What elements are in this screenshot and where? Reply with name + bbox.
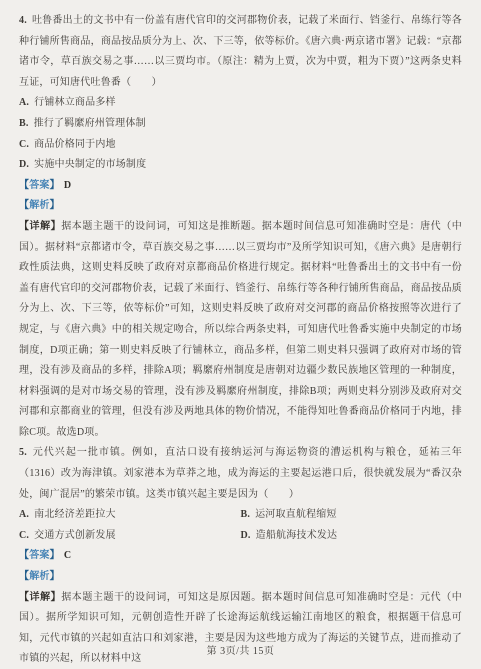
option-letter: D. [241,530,251,541]
question-5-answer-line: 【答案】C [19,546,462,567]
question-4-stem-text: 吐鲁番出土的文书中有一份盖有唐代官印的交河郡物价表，记载了米面行、铛釜行、帛练行… [19,15,462,88]
question-5-option-c: C.交通方式创新发展 [19,526,241,547]
question-4-detail-text: 据本题主题干的设问词，可知这是推断题。据本题时间信息可知准确时空是：唐代（中国）… [19,221,462,438]
option-text: 南北经济差距拉大 [34,509,116,520]
question-4-analysis-line: 【解析】 [19,196,462,217]
question-4-option-c: C.商品价格同于内地 [19,135,462,156]
question-5-stem-text: 元代兴起一批市镇。例如，直沽口设有接纳运河与海运物资的漕运机构与粮仓，延祐三年（… [19,447,462,499]
question-5-analysis-line: 【解析】 [19,567,462,588]
question-5-option-a: A.南北经济差距拉大 [19,505,241,526]
answer-label: 答案 [29,180,49,191]
question-5-option-d: D.造船航海技术发达 [241,526,463,547]
question-4-stem: 4.吐鲁番出土的文书中有一份盖有唐代官印的交河郡物价表，记载了米面行、铛釜行、帛… [19,11,462,93]
analysis-label: 解析 [29,571,49,582]
option-text: 交通方式创新发展 [34,530,116,541]
option-letter: C. [19,530,29,541]
question-4-option-a: A.行铺林立商品多样 [19,93,462,114]
bracket-close: 】 [50,200,60,211]
question-5-answer-value: C [64,550,71,561]
bracket-close: 】 [50,571,60,582]
option-text: 商品价格同于内地 [34,139,116,150]
option-letter: A. [19,97,29,108]
question-4-answer-line: 【答案】D [19,176,462,197]
bracket-open: 【 [19,550,29,561]
bracket-open: 【 [19,200,29,211]
detail-label: 【详解】 [19,221,61,232]
question-4-option-b: B.推行了羁縻府州管理体制 [19,114,462,135]
option-text: 实施中央制定的市场制度 [34,159,146,170]
bracket-close: 】 [50,180,60,191]
option-letter: C. [19,139,29,150]
option-text: 运河取直航程缩短 [255,509,337,520]
bracket-open: 【 [19,180,29,191]
question-4-options: A.行铺林立商品多样 B.推行了羁縻府州管理体制 C.商品价格同于内地 D.实施… [19,93,462,175]
page-number-indicator: 第 3页/共 15页 [207,646,275,657]
question-5-stem: 5.元代兴起一批市镇。例如，直沽口设有接纳运河与海运物资的漕运机构与粮仓，延祐三… [19,443,462,505]
question-5-number: 5. [19,447,27,458]
question-block-5: 5.元代兴起一批市镇。例如，直沽口设有接纳运河与海运物资的漕运机构与粮仓，延祐三… [19,443,462,669]
question-4-option-d: D.实施中央制定的市场制度 [19,155,462,176]
document-page: 4.吐鲁番出土的文书中有一份盖有唐代官印的交河郡物价表，记载了米面行、铛釜行、帛… [0,0,481,669]
question-block-4: 4.吐鲁番出土的文书中有一份盖有唐代官印的交河郡物价表，记载了米面行、铛釜行、帛… [19,11,462,443]
question-5-options: A.南北经济差距拉大 B.运河取直航程缩短 C.交通方式创新发展 D.造船航海技… [19,505,462,546]
bracket-open: 【 [19,571,29,582]
question-4-answer-value: D [64,180,71,191]
option-letter: D. [19,159,29,170]
page-footer: 第 3页/共 15页 [0,642,481,657]
answer-label: 答案 [29,550,49,561]
question-5-option-b: B.运河取直航程缩短 [241,505,463,526]
option-text: 行铺林立商品多样 [34,97,116,108]
bracket-close: 】 [50,550,60,561]
analysis-label: 解析 [29,200,49,211]
question-4-number: 4. [19,15,27,26]
option-text: 造船航海技术发达 [256,530,338,541]
option-letter: A. [19,509,29,520]
question-4-detail: 【详解】据本题主题干的设问词，可知这是推断题。据本题时间信息可知准确时空是：唐代… [19,217,462,444]
option-letter: B. [241,509,251,520]
option-letter: B. [19,118,29,129]
detail-label: 【详解】 [19,592,61,603]
option-text: 推行了羁縻府州管理体制 [34,118,146,129]
